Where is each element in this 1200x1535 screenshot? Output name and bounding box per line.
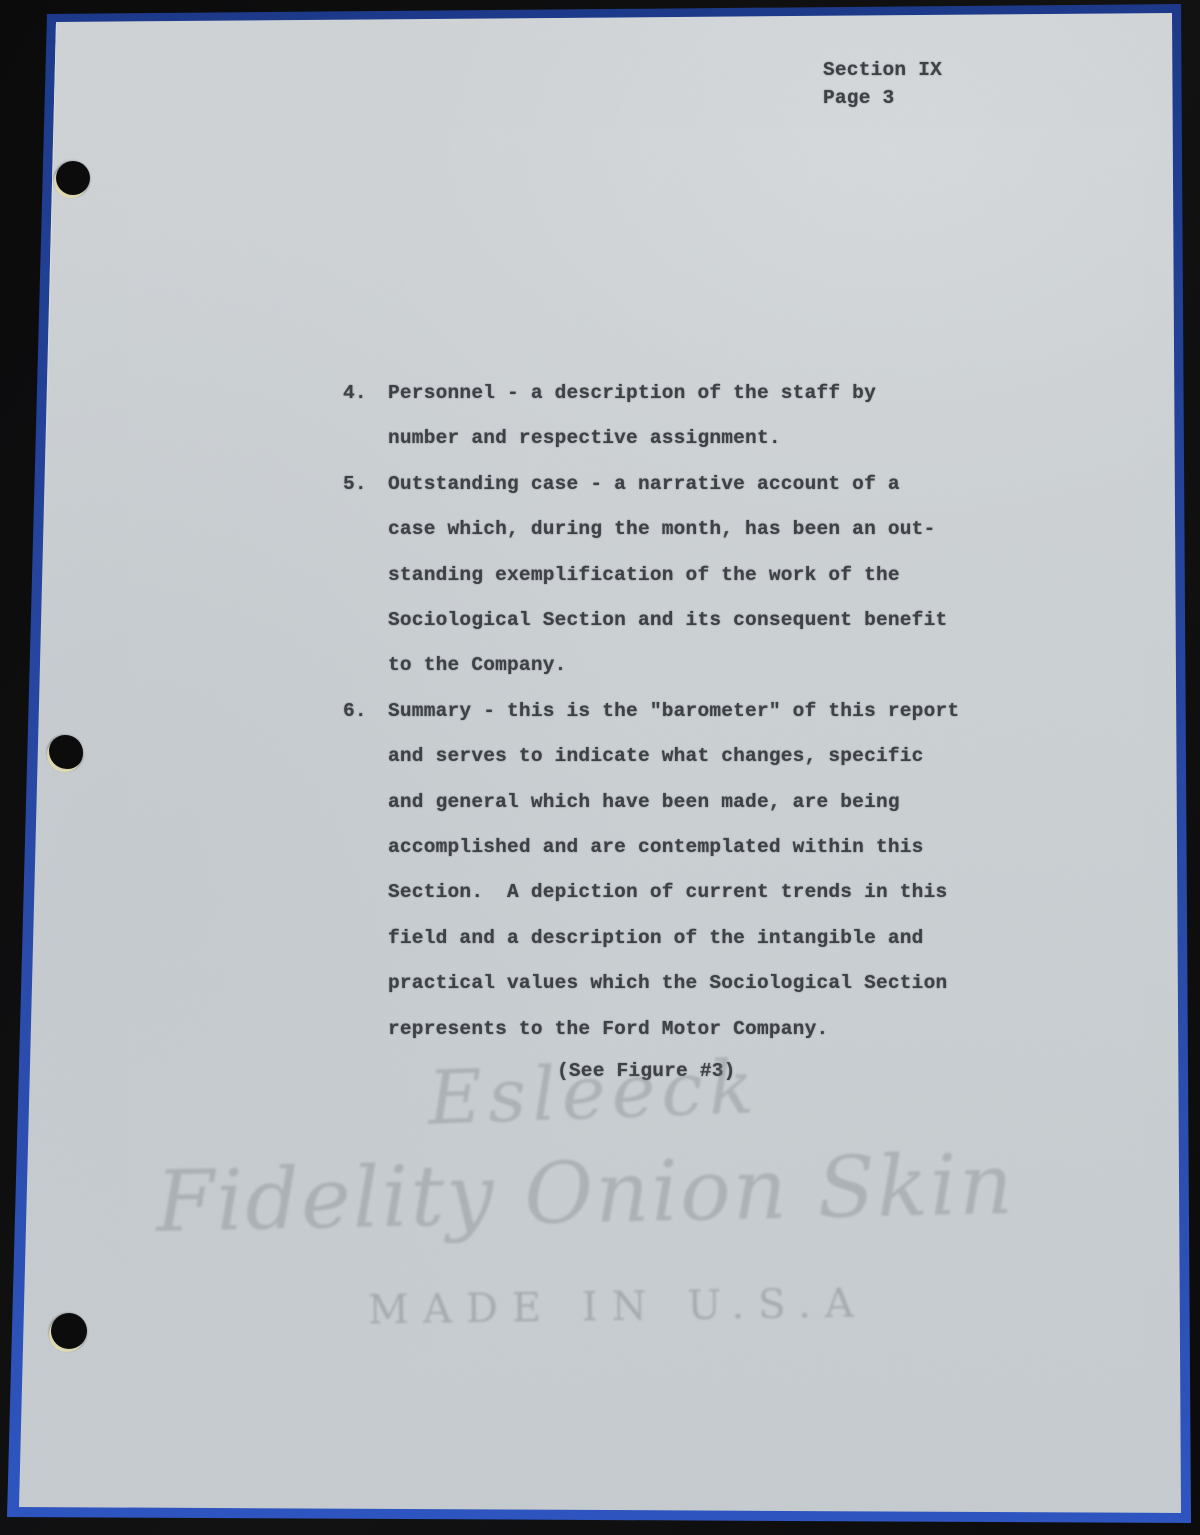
text-line: field and a description of the intangibl… bbox=[388, 916, 993, 961]
punch-hole-bottom bbox=[51, 1313, 87, 1349]
text-line: Outstanding case - a narrative account o… bbox=[388, 462, 993, 507]
paper-sheet: Section IX Page 3 4. Personnel - a descr… bbox=[0, 0, 1200, 1535]
punch-hole-top bbox=[56, 161, 90, 195]
text-line: number and respective assignment. bbox=[388, 416, 993, 461]
watermark-product: Fidelity Onion Skin bbox=[155, 1135, 1016, 1251]
text-line: case which, during the month, has been a… bbox=[388, 507, 993, 552]
item-number: 4. bbox=[343, 371, 367, 416]
item-number: 6. bbox=[343, 689, 367, 734]
scanned-document-page: Section IX Page 3 4. Personnel - a descr… bbox=[0, 0, 1200, 1535]
text-line: Sociological Section and its consequent … bbox=[388, 598, 993, 643]
text-line: accomplished and are contemplated within… bbox=[388, 825, 993, 870]
punch-hole-middle bbox=[49, 735, 83, 769]
text-line: Personnel - a description of the staff b… bbox=[388, 371, 993, 416]
section-label: Section IX bbox=[823, 57, 942, 85]
text-line: practical values which the Sociological … bbox=[388, 961, 993, 1006]
text-line: represents to the Ford Motor Company. bbox=[388, 1007, 993, 1052]
document-body: 4. Personnel - a description of the staf… bbox=[343, 371, 993, 1052]
list-item-6: 6. Summary - this is the "barometer" of … bbox=[343, 689, 993, 1052]
list-item-5: 5. Outstanding case - a narrative accoun… bbox=[343, 462, 993, 689]
text-line: and serves to indicate what changes, spe… bbox=[388, 734, 993, 779]
text-line: Summary - this is the "barometer" of thi… bbox=[388, 689, 993, 734]
text-line: and general which have been made, are be… bbox=[388, 780, 993, 825]
watermark-origin: MADE IN U.S.A bbox=[368, 1281, 868, 1334]
text-line: to the Company. bbox=[388, 643, 993, 688]
text-line: Section. A depiction of current trends i… bbox=[388, 870, 993, 915]
list-item-4: 4. Personnel - a description of the staf… bbox=[343, 371, 993, 462]
watermark-brand: Esleeck bbox=[427, 1044, 761, 1142]
text-line: standing exemplification of the work of … bbox=[388, 553, 993, 598]
page-number-label: Page 3 bbox=[823, 85, 942, 113]
item-number: 5. bbox=[343, 462, 367, 507]
page-header: Section IX Page 3 bbox=[823, 57, 942, 112]
